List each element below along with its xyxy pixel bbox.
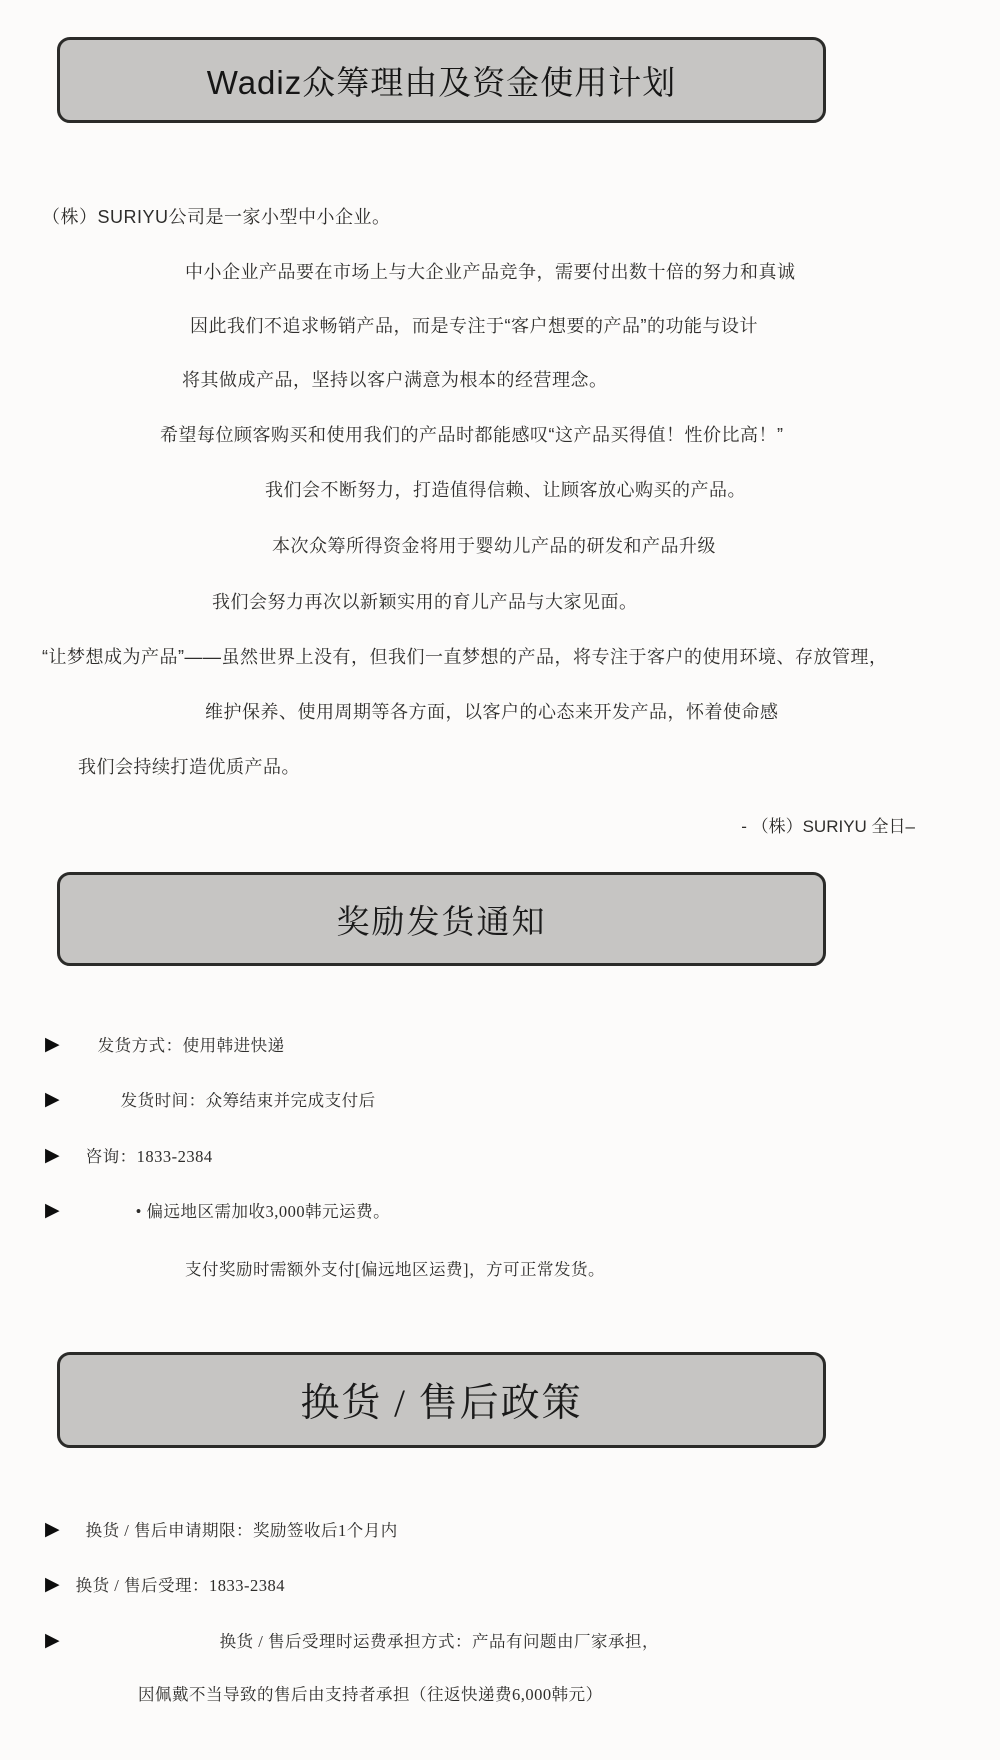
intro-paragraph: （株）SURIYU公司是一家小型中小企业。	[42, 203, 391, 229]
aftersales-shipping-cost-text: 换货 / 售后受理时运费承担方式：产品有问题由厂家承担，	[220, 1628, 659, 1652]
shipping-title: 奖励发货通知	[337, 896, 547, 943]
shipping-method-text: 发货方式：使用韩进快递	[98, 1032, 285, 1056]
intro-paragraph: 维护保养、使用周期等各方面，以客户的心态来开发产品，怀着使命感	[205, 698, 779, 724]
aftersales-phone-text: 换货 / 售后受理：1833-2384	[76, 1572, 285, 1596]
triangle-bullet-icon: ▶	[45, 1201, 60, 1220]
shipping-bullet-row: ▶ 发货方式：使用韩进快递	[45, 1032, 285, 1056]
aftersales-bullet-row: ▶ 换货 / 售后受理时运费承担方式：产品有问题由厂家承担，	[45, 1628, 659, 1652]
intro-paragraph: 希望每位顾客购买和使用我们的产品时都能感叹“这产品买得值！性价比高！”	[160, 421, 784, 447]
shipping-bullet-row: ▶ 咨询：1833-2384	[45, 1143, 213, 1167]
triangle-bullet-icon: ▶	[45, 1146, 60, 1165]
company-signature: - （株）SURIYU 全日–	[741, 812, 915, 837]
intro-paragraph: 我们会持续打造优质产品。	[78, 753, 300, 779]
crowdfunding-notice-page: Wadiz众筹理由及资金使用计划 （株）SURIYU公司是一家小型中小企业。 中…	[0, 0, 1000, 1760]
shipping-title-box: 奖励发货通知	[57, 872, 826, 966]
intro-paragraph: “让梦想成为产品”——虽然世界上没有，但我们一直梦想的产品，将专注于客户的使用环…	[42, 643, 887, 669]
triangle-bullet-icon: ▶	[45, 1631, 60, 1650]
shipping-extra-fee-note: 支付奖励时需额外支付[偏远地区运费]，方可正常发货。	[185, 1256, 605, 1280]
shipping-bullet-row: ▶ • 偏远地区需加收3,000韩元运费。	[45, 1198, 390, 1222]
triangle-bullet-icon: ▶	[45, 1575, 60, 1594]
intro-paragraph: 本次众筹所得资金将用于婴幼儿产品的研发和产品升级	[272, 532, 716, 558]
inquiry-phone-text: 咨询：1833-2384	[86, 1143, 213, 1167]
shipping-time-text: 发货时间：众筹结束并完成支付后	[121, 1087, 376, 1111]
aftersales-supporter-cost-note: 因佩戴不当导致的售后由支持者承担（往返快递费6,000韩元）	[138, 1681, 603, 1705]
aftersales-title-box: 换货 / 售后政策	[57, 1352, 826, 1448]
aftersales-title: 换货 / 售后政策	[300, 1372, 582, 1428]
remote-area-fee-text: • 偏远地区需加收3,000韩元运费。	[136, 1198, 391, 1222]
triangle-bullet-icon: ▶	[45, 1035, 60, 1054]
intro-paragraph: 因此我们不追求畅销产品，而是专注于“客户想要的产品”的功能与设计	[190, 312, 758, 338]
triangle-bullet-icon: ▶	[45, 1090, 60, 1109]
intro-paragraph: 将其做成产品，坚持以客户满意为根本的经营理念。	[182, 366, 608, 392]
intro-paragraph: 我们会努力再次以新颖实用的育儿产品与大家见面。	[212, 588, 638, 614]
intro-paragraph: 我们会不断努力，打造值得信赖、让顾客放心购买的产品。	[265, 476, 746, 502]
aftersales-bullet-row: ▶ 换货 / 售后受理：1833-2384	[45, 1572, 285, 1596]
intro-paragraph: 中小企业产品要在市场上与大企业产品竞争，需要付出数十倍的努力和真诚	[185, 258, 796, 284]
triangle-bullet-icon: ▶	[45, 1520, 60, 1539]
shipping-bullet-row: ▶ 发货时间：众筹结束并完成支付后	[45, 1087, 376, 1111]
funding-title-box: Wadiz众筹理由及资金使用计划	[57, 37, 826, 123]
funding-title: Wadiz众筹理由及资金使用计划	[207, 57, 676, 104]
aftersales-bullet-row: ▶ 换货 / 售后申请期限：奖励签收后1个月内	[45, 1517, 398, 1541]
aftersales-deadline-text: 换货 / 售后申请期限：奖励签收后1个月内	[86, 1517, 398, 1541]
